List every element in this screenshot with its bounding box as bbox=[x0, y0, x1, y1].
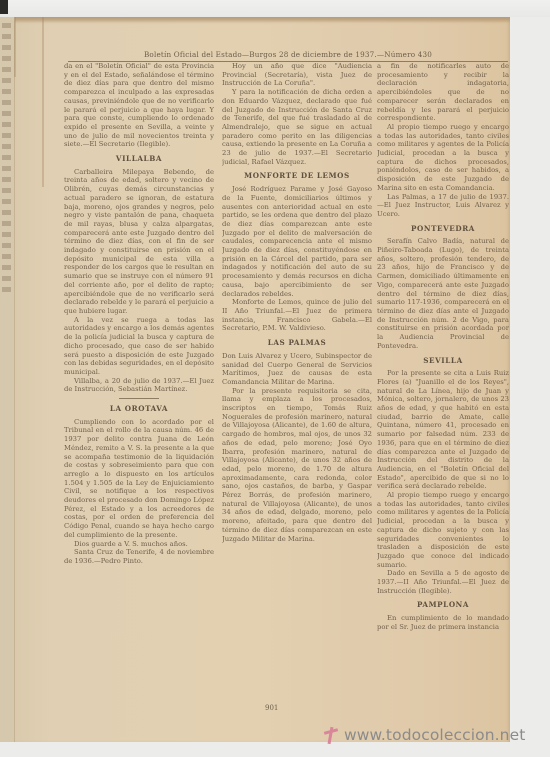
section-heading: PONTEVEDRA bbox=[377, 225, 509, 234]
section-heading: LAS PALMAS bbox=[222, 339, 372, 348]
todocoleccion-logo-icon bbox=[322, 724, 340, 746]
photo-shadow bbox=[0, 0, 8, 14]
section-heading: MONFORTE DE LEMOS bbox=[222, 172, 372, 181]
paper-fold bbox=[14, 17, 16, 77]
paragraph: Dios guarde a V. S. muchos años. bbox=[64, 540, 214, 549]
paragraph: En cumplimiento de lo mandado por el Sr.… bbox=[377, 614, 509, 631]
paragraph: a fin de notificarles auto de procesamie… bbox=[377, 62, 509, 123]
photo-background-right bbox=[510, 17, 550, 742]
paragraph: Y para la notificación de dicha orden a … bbox=[222, 88, 372, 166]
paragraph: Al propio tiempo ruego y encargo a todas… bbox=[377, 123, 509, 193]
paragraph: Hoy un año que dice "Audiencia Provincia… bbox=[222, 62, 372, 88]
paragraph: Santa Cruz de Tenerife, 4 de noviembre d… bbox=[64, 548, 214, 565]
section-heading: SEVILLA bbox=[377, 357, 509, 366]
paragraph: Don Luis Alvarez y Ucero, Subinspector d… bbox=[222, 352, 372, 387]
previous-page-edge bbox=[0, 17, 15, 742]
paragraph: Serafín Calvo Badía, natural de Piñeiro-… bbox=[377, 237, 509, 350]
paragraph: Cumpliendo con lo acordado por el Tribun… bbox=[64, 418, 214, 540]
paragraph: Dado en Sevilla a 5 de agosto de 1937.—I… bbox=[377, 569, 509, 595]
paragraph: José Rodríguez Parame y José Gayoso de l… bbox=[222, 185, 372, 298]
watermark-text: www.todocoleccion.net bbox=[344, 726, 525, 744]
paragraph: Carballeira Milepaya Bebendo, de treinta… bbox=[64, 168, 214, 316]
column-2: Hoy un año que dice "Audiencia Provincia… bbox=[222, 62, 372, 543]
section-heading: VILLALBA bbox=[64, 155, 214, 164]
paragraph: Monforte de Lemos, quince de julio del I… bbox=[222, 298, 372, 333]
paragraph: Villalba, a 20 de julio de 1937.—El Juez… bbox=[64, 377, 214, 394]
paper-fold bbox=[42, 17, 44, 187]
running-head: Boletín Oficial del Estado—Burgos 28 de … bbox=[68, 50, 508, 62]
column-3: a fin de notificarles auto de procesamie… bbox=[377, 62, 509, 632]
paragraph: da en el "Boletín Oficial" de esta Provi… bbox=[64, 62, 214, 149]
column-1: da en el "Boletín Oficial" de esta Provi… bbox=[64, 62, 214, 566]
paragraph: A la vez se ruega a todas las autoridade… bbox=[64, 316, 214, 377]
watermark: www.todocoleccion.net bbox=[322, 724, 525, 746]
paragraph: Al propio tiempo ruego y encargo a todas… bbox=[377, 491, 509, 569]
section-heading: LA OROTAVA bbox=[64, 405, 214, 414]
section-heading: PAMPLONA bbox=[377, 601, 509, 610]
page-folio: 901 bbox=[265, 704, 278, 712]
paragraph: Por la presente requisitoria se cita, ll… bbox=[222, 387, 372, 544]
paragraph: Por la presente se cita a Luis Ruiz Flor… bbox=[377, 369, 509, 491]
paragraph: Las Palmas, a 17 de julio de 1937.—El Ju… bbox=[377, 193, 509, 219]
section-divider bbox=[119, 398, 159, 399]
